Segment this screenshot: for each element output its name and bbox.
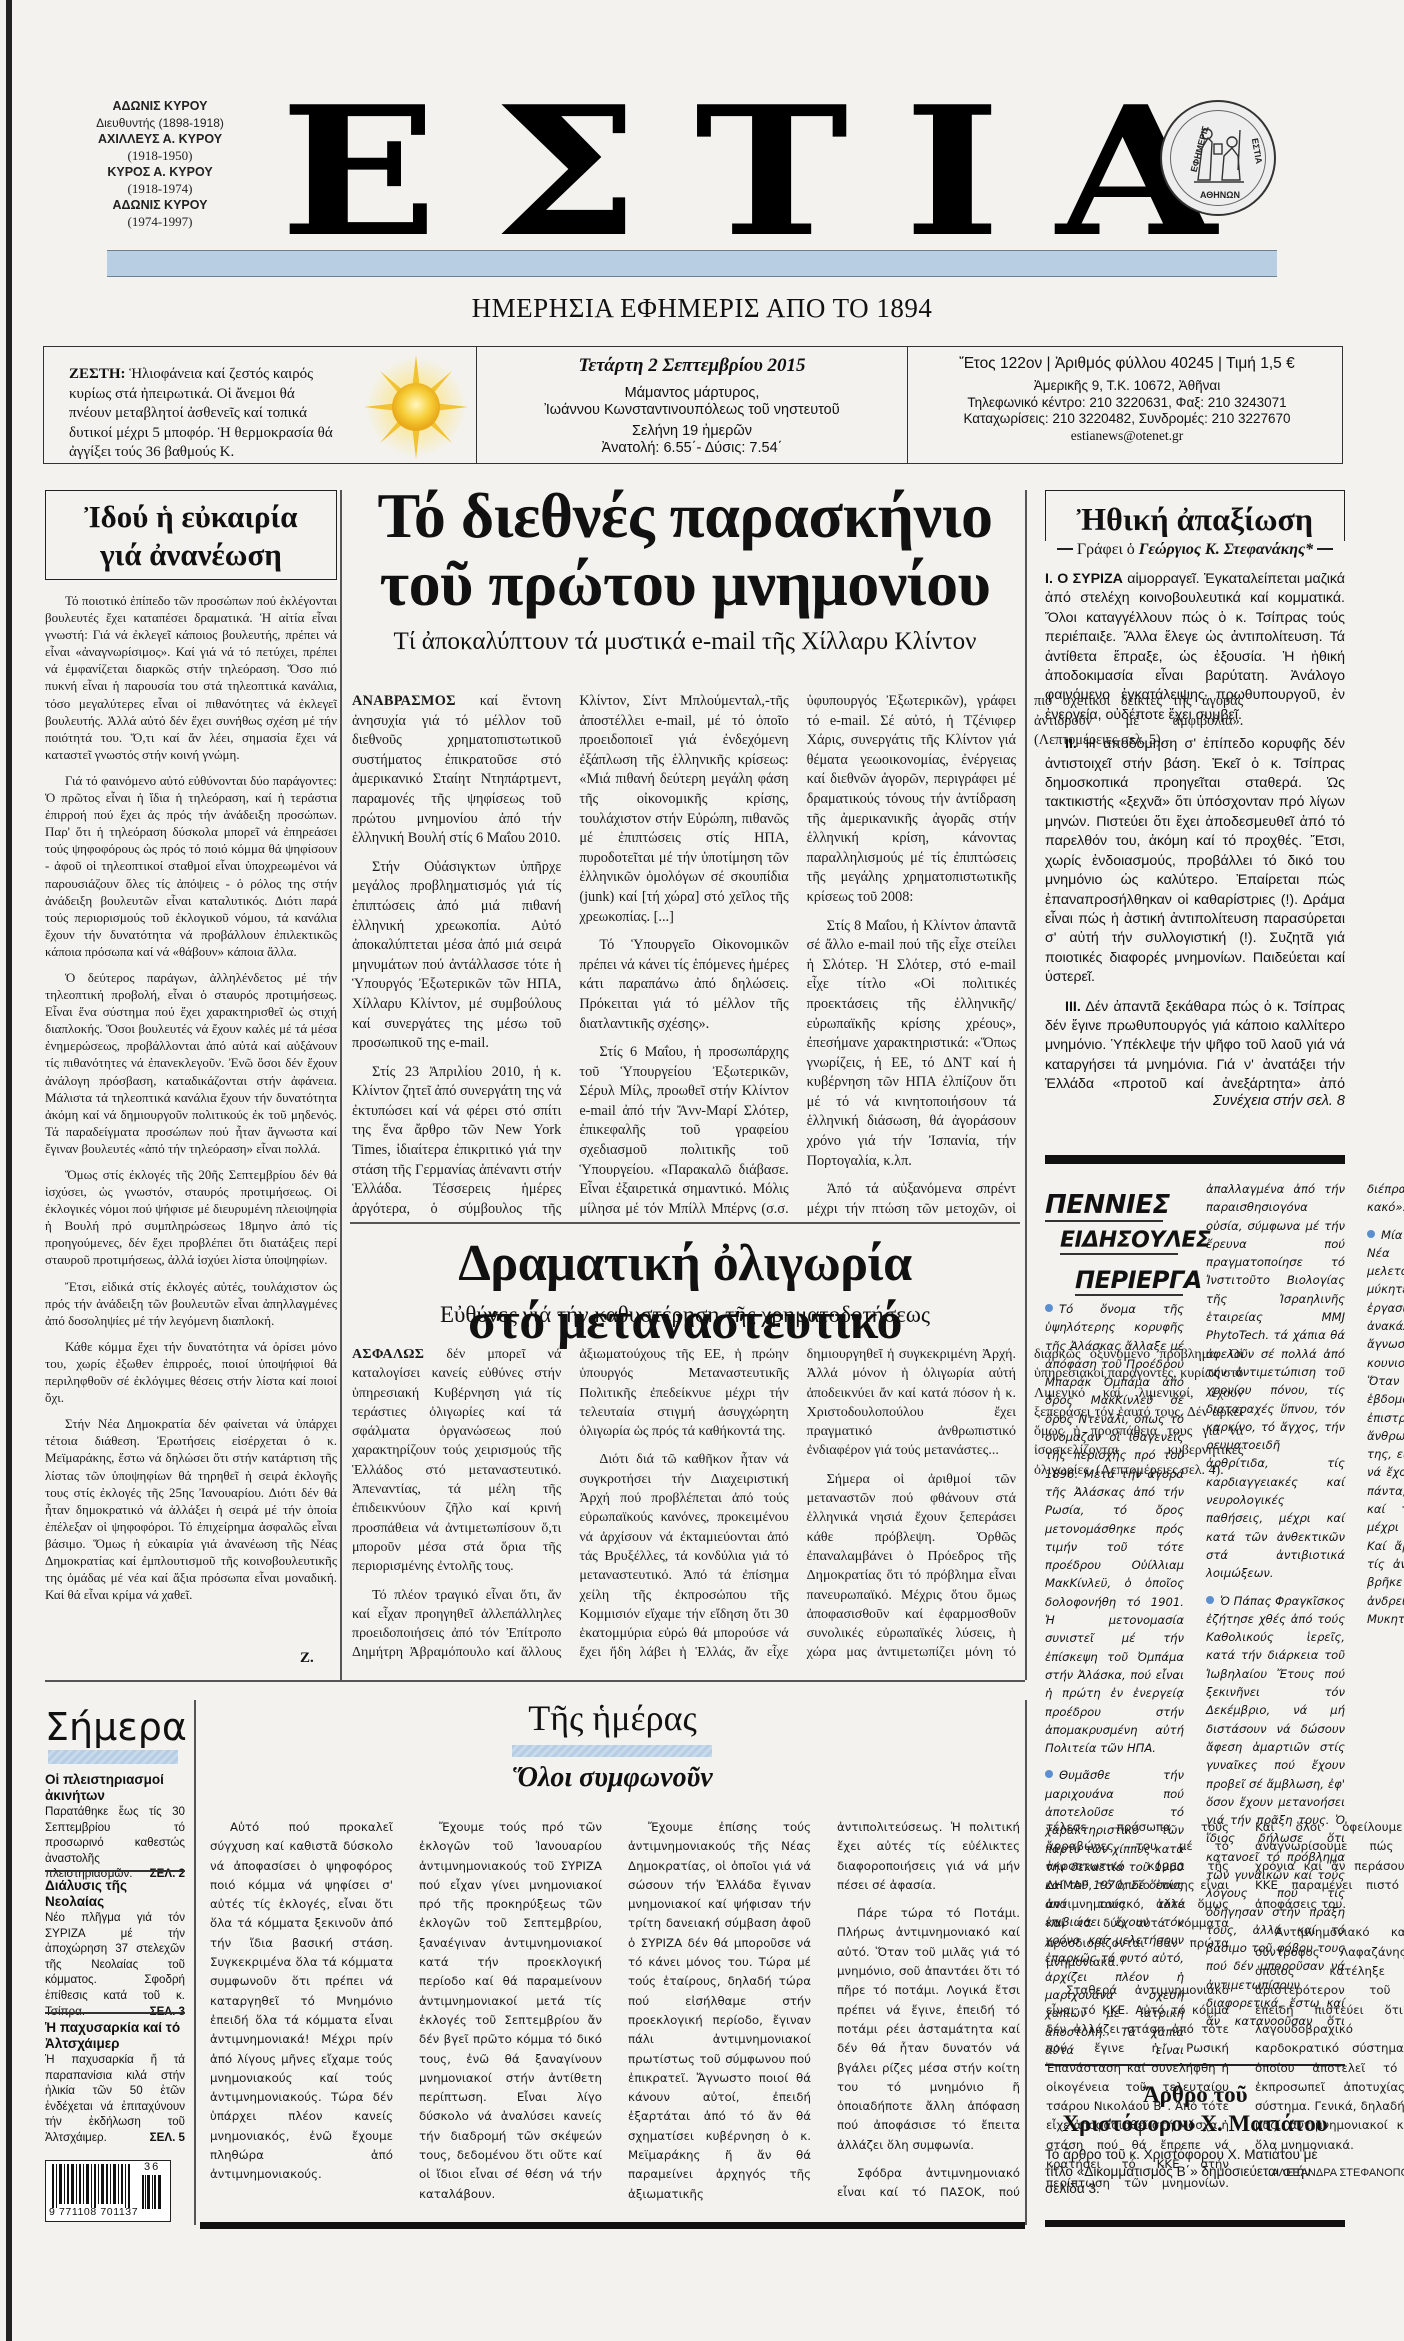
founder-name: ΚΥΡΟΣ Α. ΚΥΡΟΥ: [95, 164, 225, 181]
saints-of-day: Ἰωάννου Κωνσταντινουπόλεως τοῦ νηστευτοῦ: [477, 402, 907, 419]
section-divider: [350, 1222, 1020, 1224]
founder-name: ΑΔΩΝΙΣ ΚΥΡΟΥ: [95, 98, 225, 115]
section-divider-thick: [1045, 1155, 1345, 1164]
weather-forecast: ΖΕΣΤΗ: Ἡλιοφάνεια καί ζεστός καιρός κυρί…: [69, 365, 339, 463]
left-editorial-title: Ἰδού ἡ εὐκαιρία γιά ἀνανέωση: [45, 490, 337, 580]
founder-years: (1918-1974): [95, 181, 225, 198]
title-underline: [48, 1750, 178, 1764]
bullet-icon: [1045, 1304, 1053, 1312]
section-divider-thick: [200, 2222, 1025, 2229]
tis-imeras-title: Ὅλοι συμφωνοῦν: [200, 1762, 1025, 1794]
saints-of-day: Μάμαντος μάρτυρος,: [477, 385, 907, 402]
sun-icon: [364, 355, 468, 459]
masthead-color-bar: [107, 250, 1277, 277]
simera-item[interactable]: Διάλυσις τῆς Νεολαίας Νέο πλῆγμα γιά τόν…: [45, 1878, 185, 2019]
migration-headline: Δραματική ὀλιγωρία στό μεταναστευτικό: [350, 1235, 1020, 1351]
simera-item[interactable]: Ἡ παχυσαρκία καί τό Ἀλτσχάιμερ Ἡ παχυσαρ…: [45, 2020, 185, 2146]
founder-years: Διευθυντής (1898-1918): [95, 115, 225, 132]
right-editorial-body: Ι. Ο ΣΥΡΙΖΑ αἱμορραγεῖ. Ἐγκαταλείπεται μ…: [1045, 570, 1345, 1095]
founder-years: (1974-1997): [95, 214, 225, 231]
address: Ἀμερικῆς 9, Τ.Κ. 10672, Ἀθῆναι: [910, 378, 1344, 395]
column-rule: [1025, 1700, 1027, 2225]
section-divider: [45, 1680, 1025, 1682]
item-divider: [45, 2012, 185, 2014]
column-rule: [340, 490, 342, 1680]
tagline: ΗΜΕΡΗΣΙΑ ΕΦΗΜΕΡΙΣ ΑΠΟ ΤΟ 1894: [0, 293, 1404, 324]
lead-deck: Τί ἀποκαλύπτουν τά μυστικά e-mail τῆς Χί…: [350, 628, 1020, 656]
column-rule: [194, 1700, 196, 2225]
lead-story-body: ΑΝΑΒΡΑΣΜΟΣ καί ἔντονη ἀνησυχία γιά τό μέ…: [352, 692, 1016, 1222]
founders-list: ΑΔΩΝΙΣ ΚΥΡΟΥ Διευθυντής (1898-1918) ΑΧΙΛ…: [95, 98, 225, 230]
email-link[interactable]: estianews@otenet.gr: [910, 428, 1344, 445]
migration-deck: Εὐθύνες γιά τήν καθυστέρηση τῆς χρηματοδ…: [350, 1302, 1020, 1328]
issue-date: Τετάρτη 2 Σεπτεμβρίου 2015: [477, 355, 907, 377]
section-divider-thick: [1045, 2220, 1345, 2227]
founder-name: ΑΔΩΝΙΣ ΚΥΡΟΥ: [95, 197, 225, 214]
founder-name: ΑΧΙΛΛΕΥΣ Α. ΚΥΡΟΥ: [95, 131, 225, 148]
lead-headline: Τό διεθνές παρασκήνιο τοῦ πρώτου μνημονί…: [350, 482, 1020, 618]
right-editorial-byline: Γράφει ὁ Γεώργιος Κ. Στεφανάκης*: [1038, 541, 1352, 559]
editorial-signature: Ζ.: [300, 1650, 314, 1667]
info-strip: ΖΕΣΤΗ: Ἡλιοφάνεια καί ζεστός καιρός κυρί…: [43, 346, 1343, 464]
migration-story-body: ΑΣΦΑΛΩΣ δέν μπορεῖ νά καταλογίσει κανείς…: [352, 1345, 1016, 1670]
coin-seal-icon: ΕΦΗΜΕΡΙΣ ΕΣΤΙΑ ΑΘΗΝΩΝ: [1160, 100, 1276, 216]
bullet-icon: [1206, 1596, 1214, 1604]
founder-years: (1918-1950): [95, 148, 225, 165]
simera-item[interactable]: Οἱ πλειστηριασμοί ἀκινήτων Παρατάθηκε ἕω…: [45, 1772, 185, 1882]
newspaper-logo: ΕΣΤΙΑ: [280, 92, 1231, 252]
barcode: 36 9 771108 701137: [45, 2160, 171, 2222]
bullet-icon: [1367, 1230, 1375, 1238]
moon-phase: Σελήνη 19 ἡμερῶν: [477, 423, 907, 440]
column-rule: [1025, 490, 1027, 1680]
item-divider: [45, 1870, 185, 1872]
page-edge: [6, 0, 12, 2341]
issue-number-price: Ἔτος 122ον | Ἀριθμός φύλλου 40245 | Τιμή…: [910, 355, 1344, 373]
simera-title: Σήμερα: [45, 1705, 187, 1749]
author-signature: ΑΛΕΞΑΝΔΡΑ ΣΤΕΦΑΝΟΠΟΥΛΟΥ: [1255, 2164, 1404, 2183]
left-editorial-body: Τό ποιοτικό ἐπίπεδο τῶν προσώπων πού ἐκλ…: [45, 592, 337, 1652]
publication-info: Ἔτος 122ον | Ἀριθμός φύλλου 40245 | Τιμή…: [910, 347, 1344, 463]
tis-imeras-body: Αὐτό πού προκαλεῖ σύγχυση καί καθιστᾶ δύ…: [210, 1818, 1020, 2208]
tis-imeras-section: Τῆς ἡμέρας: [200, 1697, 1025, 1739]
title-underline: [512, 1745, 712, 1757]
date-panel: Τετάρτη 2 Σεπτεμβρίου 2015 Μάμαντος μάρτ…: [476, 347, 908, 463]
phone: Τηλεφωνικό κέντρο: 210 3220631, Φαξ: 210…: [910, 395, 1344, 412]
ads-subscriptions: Καταχωρίσεις: 210 3220482, Συνδρομές: 21…: [910, 411, 1344, 428]
continued-link[interactable]: Συνέχεια στήν σελ. 8: [1045, 1093, 1345, 1109]
sunrise-sunset: Ἀνατολή: 6.55΄- Δύσις: 7.54΄: [477, 440, 907, 457]
bullet-icon: [1045, 1770, 1053, 1778]
